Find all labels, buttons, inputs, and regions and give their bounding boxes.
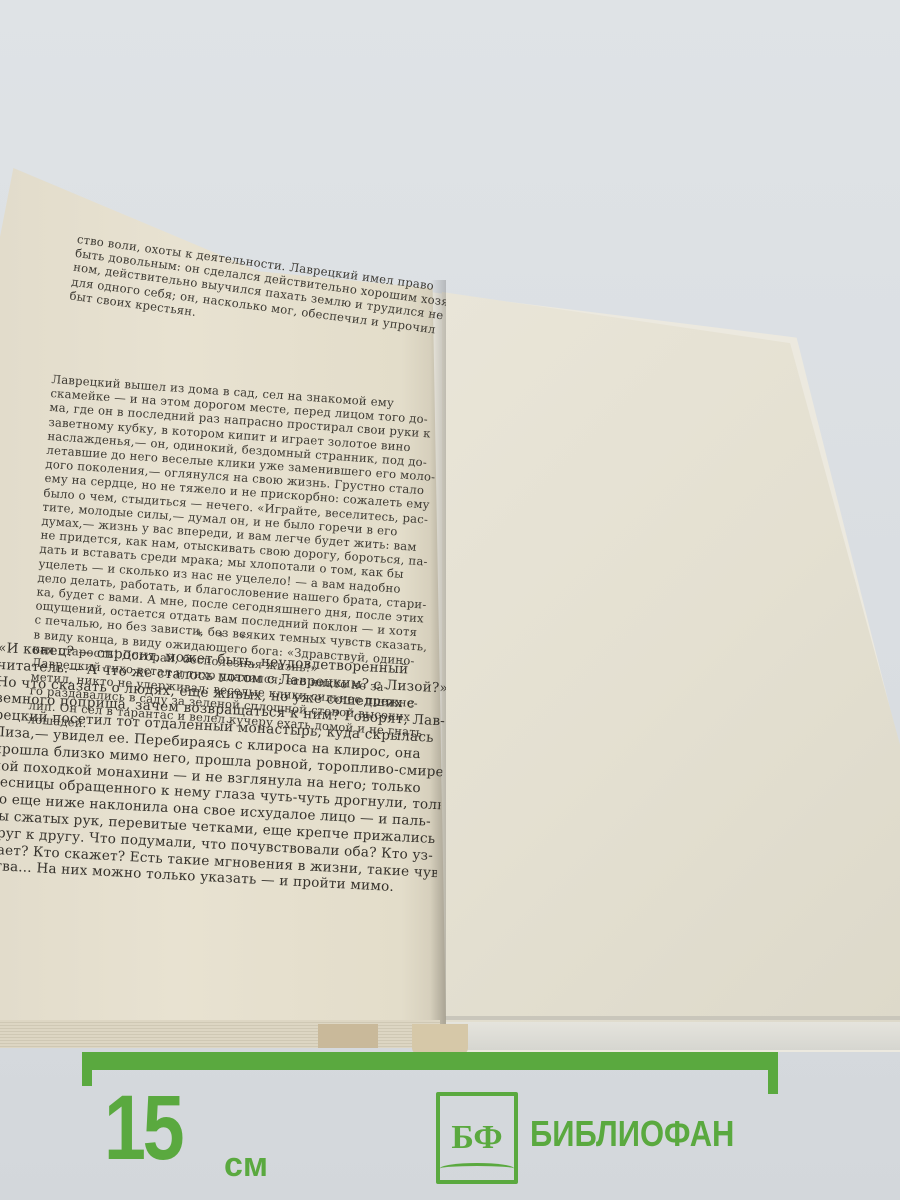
watermark-size-unit: см — [224, 1148, 268, 1182]
endpaper-bottom-edge — [442, 1016, 900, 1020]
watermark-ruler-right-tick — [768, 1052, 778, 1094]
logo-initials: БФ — [451, 1119, 502, 1157]
watermark-ruler-left-tick — [82, 1052, 92, 1086]
cover-board-edge — [440, 1020, 900, 1050]
left-page-text-area: ство воли, охоты к деятельности. Лаврецк… — [0, 0, 446, 1200]
open-book-icon — [440, 1163, 514, 1174]
paragraph-top: ство воли, охоты к деятельности. Лаврецк… — [69, 232, 446, 352]
bibliofan-logo-icon: БФ — [436, 1092, 518, 1184]
watermark-ruler-bar — [82, 1052, 778, 1070]
watermark-brand-name: БИБЛИОФАН — [530, 1114, 734, 1154]
paragraph-bottom: * * * «И конец? — спросит, может быть, н… — [0, 612, 446, 898]
watermark-size-value: 15 — [104, 1082, 181, 1174]
right-endpaper — [442, 292, 900, 1022]
